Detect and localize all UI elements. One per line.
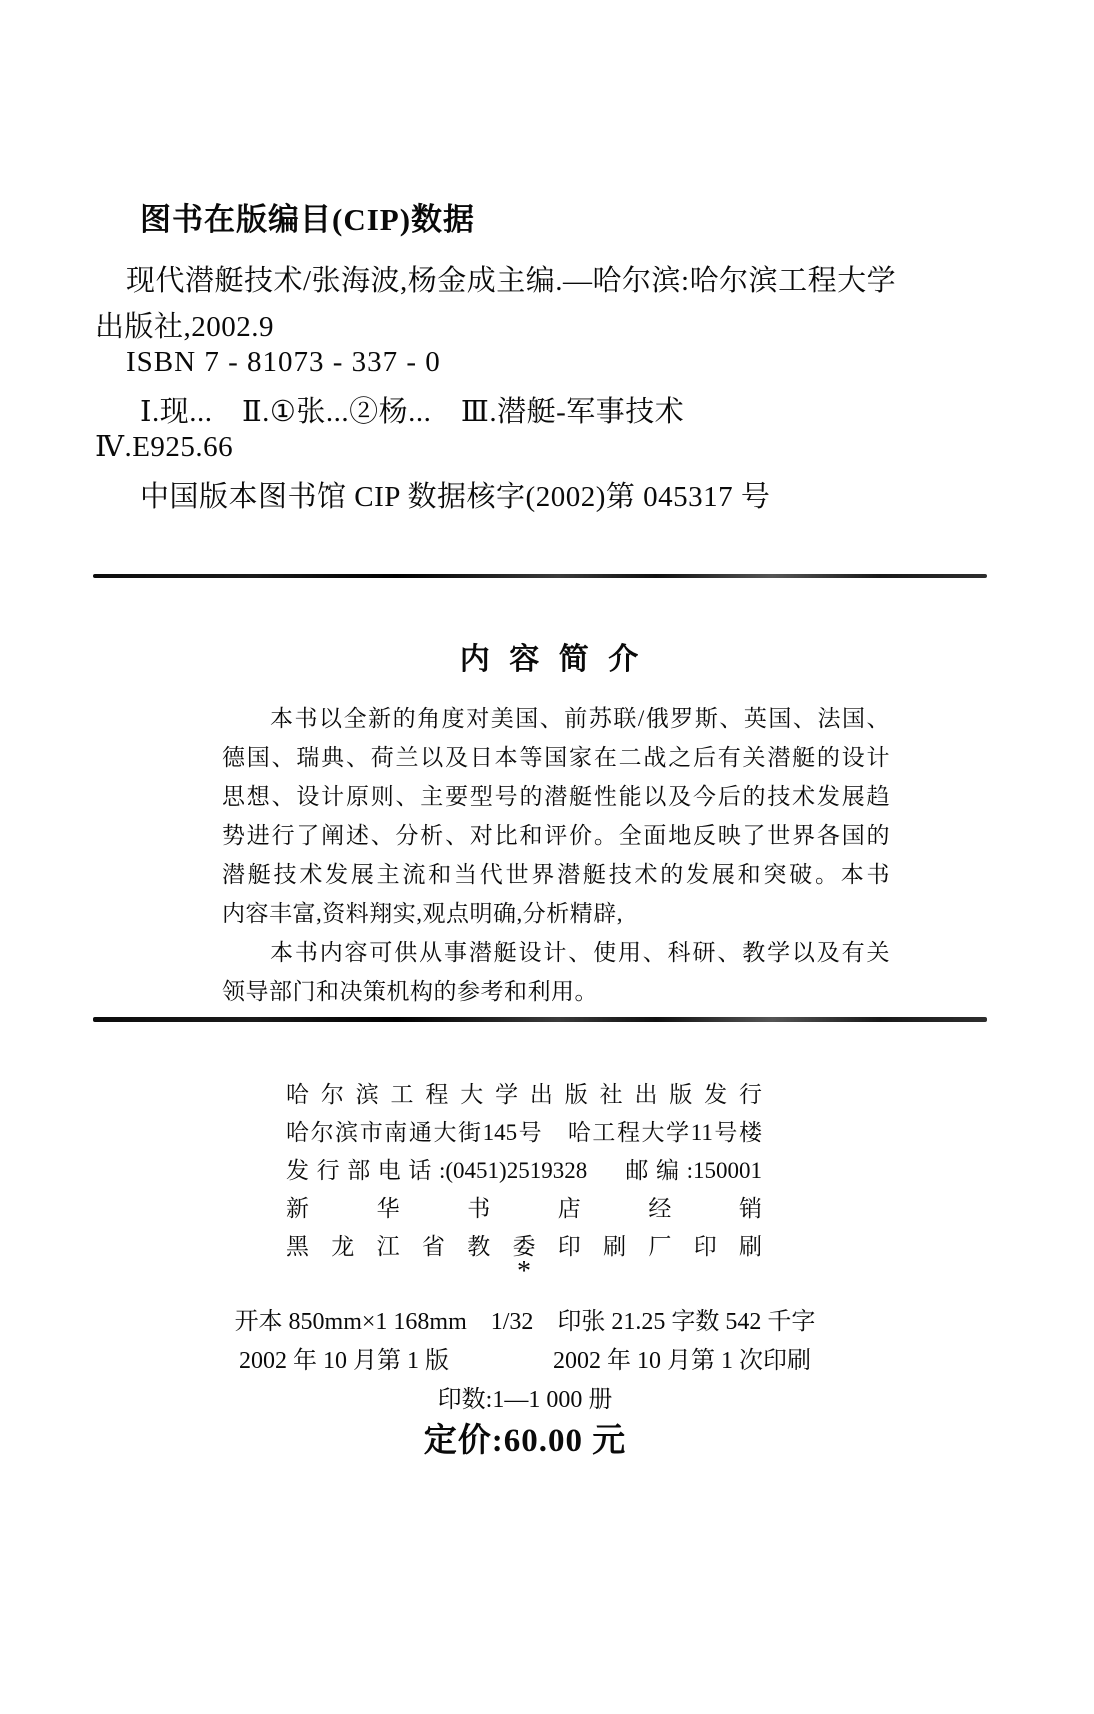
horizontal-rule-bottom (93, 1017, 987, 1022)
publisher-block: 哈尔滨工程大学出版社出版发行 哈尔滨市南通大街145号 哈工程大学11号楼 发行… (286, 1076, 762, 1266)
intro-line: 潜艇技术发展主流和当代世界潜艇技术的发展和突破。本书 (222, 855, 890, 894)
publisher-name-line: 哈尔滨工程大学出版社出版发行 (286, 1076, 762, 1114)
intro-paragraphs: 本书以全新的角度对美国、前苏联/俄罗斯、英国、法国、 德国、瑞典、荷兰以及日本等… (222, 699, 890, 1011)
printing-text: 2002 年 10 月第 1 次印刷 (553, 1340, 811, 1375)
intro-line: 领导部门和决策机构的参考和利用。 (222, 972, 890, 1011)
intro-line: 内容丰富,资料翔实,观点明确,分析精辟, (222, 894, 890, 933)
intro-title: 内 容 简 介 (0, 634, 1094, 678)
edition-text: 2002 年 10 月第 1 版 (239, 1340, 449, 1375)
horizontal-rule-top (93, 574, 987, 578)
cip-classification-line-1: Ⅰ.现... Ⅱ.①张...②杨... Ⅲ.潜艇-军事技术 (140, 389, 684, 430)
cip-classification-line-2: Ⅳ.E925.66 (95, 429, 233, 464)
cip-isbn: ISBN 7 - 81073 - 337 - 0 (126, 346, 441, 379)
distributor-line: 新华书店经销 (286, 1190, 762, 1228)
cip-heading: 图书在版编目(CIP)数据 (140, 194, 475, 239)
intro-line: 本书以全新的角度对美国、前苏联/俄罗斯、英国、法国、 (222, 699, 890, 738)
cip-publisher-year-line: 出版社,2002.9 (95, 304, 274, 345)
intro-line: 德国、瑞典、荷兰以及日本等国家在二战之后有关潜艇的设计 (222, 738, 890, 777)
cip-title-author-line: 现代潜艇技术/张海波,杨金成主编.—哈尔滨:哈尔滨工程大学 (126, 258, 896, 299)
price-line: 定价:60.00 元 (0, 1414, 1094, 1461)
intro-line: 势进行了阐述、分析、对比和评价。全面地反映了世界各国的 (222, 816, 890, 855)
print-run-line: 印数:1—1 000 册 (0, 1379, 1094, 1414)
publisher-address-line: 哈尔滨市南通大街145号 哈工程大学11号楼 (286, 1114, 762, 1152)
intro-line: 思想、设计原则、主要型号的潜艇性能以及今后的技术发展趋 (222, 777, 890, 816)
separator-asterisk: * (286, 1256, 762, 1288)
format-sheet-wordcount-line: 开本 850mm×1 168mm 1/32 印张 21.25 字数 542 千字 (0, 1301, 1094, 1336)
cip-record-number: 中国版本图书馆 CIP 数据核字(2002)第 045317 号 (140, 474, 770, 515)
publisher-phone-postcode-line: 发行部电话:(0451)2519328 邮编:150001 (286, 1152, 762, 1190)
edition-printing-line: 2002 年 10 月第 1 版 2002 年 10 月第 1 次印刷 (0, 1340, 1094, 1375)
intro-line: 本书内容可供从事潜艇设计、使用、科研、教学以及有关 (222, 933, 890, 972)
book-copyright-page: { "cip": { "heading": "图书在版编目(CIP)数据", "… (0, 0, 1094, 1714)
